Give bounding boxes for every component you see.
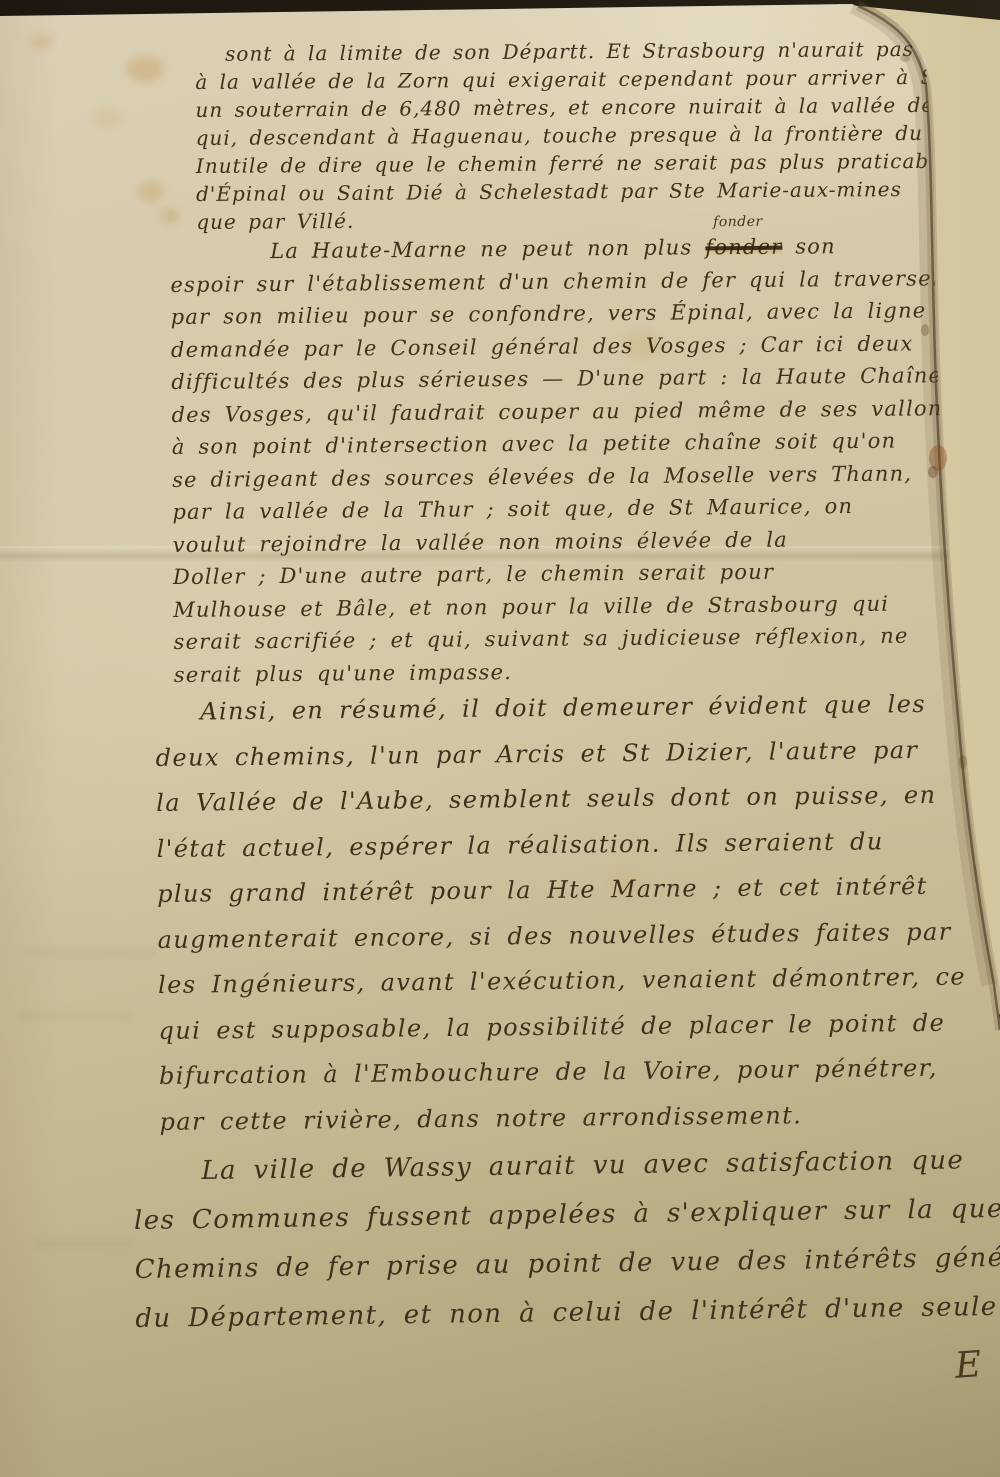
ink-show-through bbox=[34, 1240, 130, 1248]
paragraph-2: La Haute-Marne ne peut non plus fonderfo… bbox=[170, 229, 978, 691]
struck-through-word: fonder bbox=[705, 235, 782, 260]
ink-show-through bbox=[20, 1012, 130, 1020]
manuscript-line: les Ingénieurs, avant l'exécution, venai… bbox=[158, 955, 966, 1009]
ink-show-through bbox=[26, 948, 156, 957]
foxing-stain bbox=[126, 56, 164, 82]
manuscript-page: sont à la limite de son Départt. Et Stra… bbox=[0, 0, 1000, 1477]
catchword-initial: E bbox=[954, 1344, 983, 1387]
photograph-of-manuscript: sont à la limite de son Départt. Et Stra… bbox=[0, 0, 1000, 1477]
manuscript-line: bifurcation à l'Embouchure de la Voire, … bbox=[159, 1046, 967, 1100]
manuscript-line: la Vallée de l'Aube, semblent seuls dont… bbox=[156, 773, 964, 827]
foxing-stain bbox=[92, 108, 122, 128]
paragraph-4: La ville de Wassy aurait vu avec satisfa… bbox=[133, 1134, 1000, 1344]
manuscript-line: plus grand intérêt pour la Hte Marne ; e… bbox=[157, 864, 965, 918]
line-text-after: son bbox=[782, 234, 836, 258]
paragraph-3: Ainsi, en résumé, il doit demeurer évide… bbox=[155, 682, 968, 1145]
paragraph-1: sont à la limite de son Départt. Et Stra… bbox=[195, 34, 1000, 236]
manuscript-line: d'Épinal ou Saint Dié à Schelestadt par … bbox=[196, 174, 1000, 208]
foxing-stain bbox=[160, 208, 180, 224]
manuscript-line: par cette rivière, dans notre arrondisse… bbox=[159, 1091, 967, 1145]
foxing-stain bbox=[30, 34, 52, 50]
interlinear-inserted-word: fonder bbox=[713, 215, 763, 229]
line-text-before: La Haute-Marne ne peut non plus bbox=[270, 235, 705, 263]
manuscript-line: Ainsi, en résumé, il doit demeurer évide… bbox=[155, 682, 963, 736]
foxing-stain bbox=[138, 182, 164, 202]
